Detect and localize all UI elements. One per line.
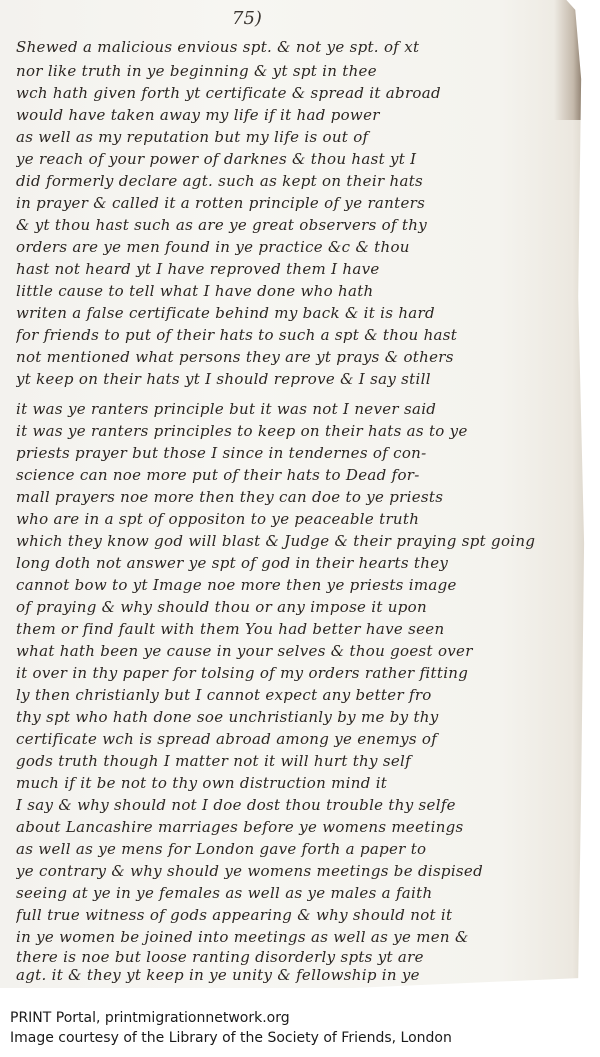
manuscript-line: ye contrary & why should ye womens meeti…: [16, 862, 576, 880]
manuscript-line: science can noe more put of their hats t…: [16, 466, 576, 484]
manuscript-line: mall prayers noe more then they can doe …: [16, 488, 576, 506]
manuscript-line: hast not heard yt I have reproved them I…: [16, 260, 576, 278]
manuscript-line: yt keep on their hats yt I should reprov…: [16, 370, 576, 388]
manuscript-line: gods truth though I matter not it will h…: [16, 752, 576, 770]
manuscript-line: them or find fault with them You had bet…: [16, 620, 576, 638]
manuscript-page: 75) Shewed a malicious envious spt. & no…: [0, 0, 590, 988]
manuscript-line: would have taken away my life if it had …: [16, 106, 576, 124]
manuscript-line: which they know god will blast & Judge &…: [16, 532, 576, 550]
manuscript-line: nor like truth in ye beginning & yt spt …: [16, 62, 576, 80]
manuscript-line: cannot bow to yt Image noe more then ye …: [16, 576, 576, 594]
manuscript-line: there is noe but loose ranting disorderl…: [16, 948, 576, 966]
manuscript-line: little cause to tell what I have done wh…: [16, 282, 576, 300]
manuscript-line: long doth not answer ye spt of god in th…: [16, 554, 576, 572]
manuscript-line: it was ye ranters principle but it was n…: [16, 400, 576, 418]
manuscript-line: priests prayer but those I since in tend…: [16, 444, 576, 462]
source-credit: PRINT Portal, printmigrationnetwork.org: [10, 1010, 290, 1026]
manuscript-line: who are in a spt of oppositon to ye peac…: [16, 510, 576, 528]
library-credit: Image courtesy of the Library of the Soc…: [10, 1030, 452, 1046]
manuscript-line: it was ye ranters principles to keep on …: [16, 422, 576, 440]
manuscript-line: for friends to put of their hats to such…: [16, 326, 576, 344]
manuscript-line: certificate wch is spread abroad among y…: [16, 730, 576, 748]
manuscript-line: Shewed a malicious envious spt. & not ye…: [16, 38, 576, 56]
folio-number: 75): [232, 8, 262, 29]
page-edge-stain: [554, 0, 582, 120]
manuscript-line: in ye women be joined into meetings as w…: [16, 928, 576, 946]
manuscript-line: as well as ye mens for London gave forth…: [16, 840, 576, 858]
manuscript-line: it over in thy paper for tolsing of my o…: [16, 664, 576, 682]
manuscript-line: ye reach of your power of darknes & thou…: [16, 150, 576, 168]
manuscript-line: about Lancashire marriages before ye wom…: [16, 818, 576, 836]
manuscript-line: wch hath given forth yt certificate & sp…: [16, 84, 576, 102]
manuscript-line: in prayer & called it a rotten principle…: [16, 194, 576, 212]
manuscript-line: much if it be not to thy own distruction…: [16, 774, 576, 792]
manuscript-line: did formerly declare agt. such as kept o…: [16, 172, 576, 190]
manuscript-line: thy spt who hath done soe unchristianly …: [16, 708, 576, 726]
manuscript-line: as well as my reputation but my life is …: [16, 128, 576, 146]
manuscript-line: not mentioned what persons they are yt p…: [16, 348, 576, 366]
manuscript-line: writen a false certificate behind my bac…: [16, 304, 576, 322]
manuscript-line: orders are ye men found in ye practice &…: [16, 238, 576, 256]
manuscript-line: of praying & why should thou or any impo…: [16, 598, 576, 616]
manuscript-line: what hath been ye cause in your selves &…: [16, 642, 576, 660]
manuscript-line: ly then christianly but I cannot expect …: [16, 686, 576, 704]
manuscript-line: full true witness of gods appearing & wh…: [16, 906, 576, 924]
manuscript-line: seeing at ye in ye females as well as ye…: [16, 884, 576, 902]
manuscript-line: I say & why should not I doe dost thou t…: [16, 796, 576, 814]
manuscript-line: agt. it & they yt keep in ye unity & fel…: [16, 966, 576, 984]
manuscript-line: & yt thou hast such as are ye great obse…: [16, 216, 576, 234]
